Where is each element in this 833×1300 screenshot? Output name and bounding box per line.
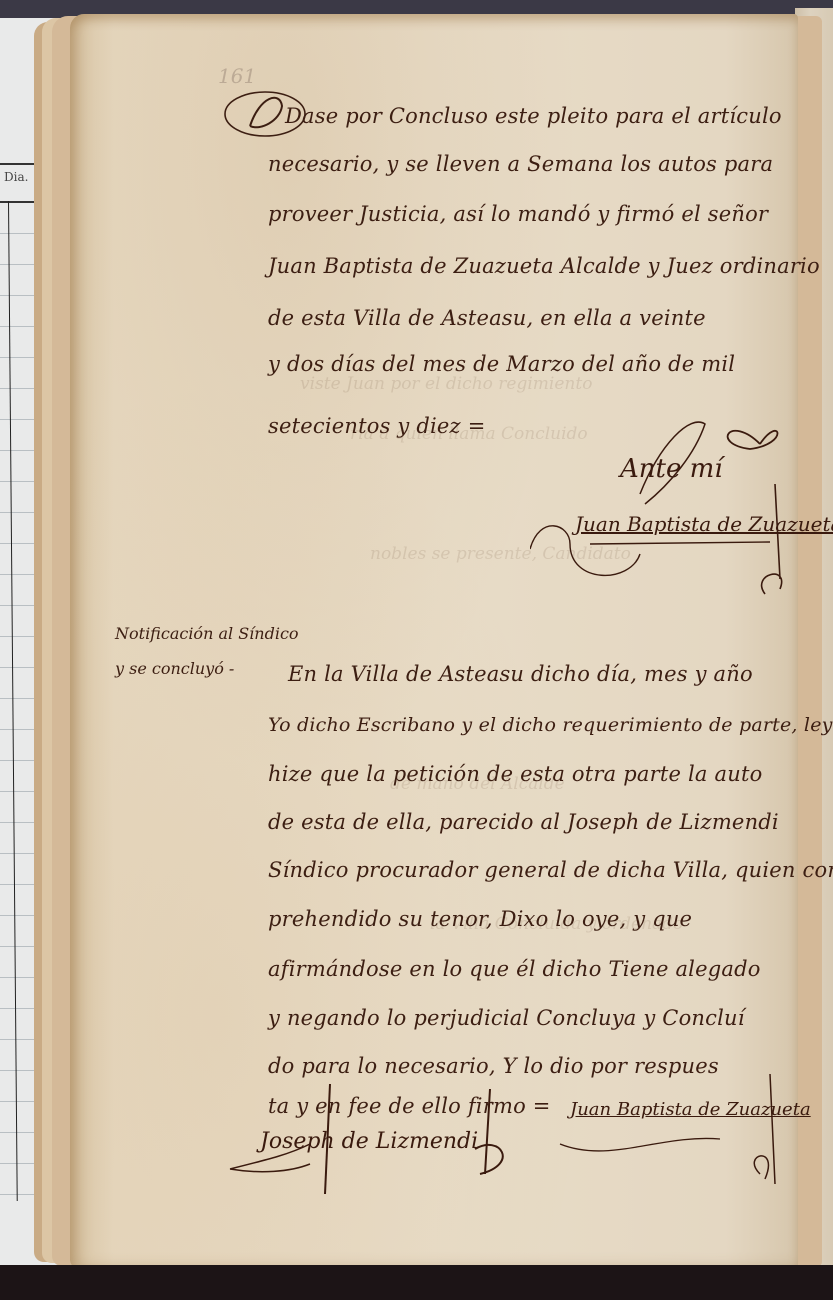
notification-line: prehendido su tenor, Dixo lo oye, y que <box>268 907 692 931</box>
decree-line: setecientos y diez = <box>268 414 486 438</box>
notification-line: En la Villa de Asteasu dicho día, mes y … <box>288 662 753 686</box>
margin-note-line: Notificación al Síndico <box>115 624 299 643</box>
notification-line: Síndico procurador general de dicha Vill… <box>268 858 833 882</box>
scanner-bottom-border <box>0 1265 833 1300</box>
margin-note-line: y se concluyó - <box>115 659 234 678</box>
notification-line: y negando lo perjudicial Concluya y Conc… <box>268 1006 745 1030</box>
bleed-through-text: viste Juan por el dicho regimiento <box>300 374 592 394</box>
decree-line: necesario, y se lleven a Semana los auto… <box>268 152 773 176</box>
decree-line: proveer Justicia, así lo mandó y firmó e… <box>268 202 768 226</box>
signature-flourishes-bottom <box>160 1074 800 1204</box>
notification-line: hize que la petición de esta otra parte … <box>268 762 762 786</box>
decree-line: de esta Villa de Asteasu, en ella a vein… <box>268 306 706 330</box>
decree-line: y dos días del mes de Marzo del año de m… <box>268 352 735 376</box>
notification-line: de esta de ella, parecido al Joseph de L… <box>268 810 779 834</box>
manuscript-page: 161 viste Juan por el dicho regimiento r… <box>70 14 798 1268</box>
notification-line: Yo dicho Escribano y el dicho requerimie… <box>268 714 833 736</box>
decree-line: Juan Baptista de Zuazueta Alcalde y Juez… <box>268 254 820 278</box>
notification-line: afirmándose en lo que él dicho Tiene ale… <box>268 957 761 981</box>
decree-line: Dase por Concluso este pleito para el ar… <box>285 104 782 128</box>
ledger-column-header: Dia. <box>4 170 28 184</box>
signature-flourish <box>530 404 800 604</box>
